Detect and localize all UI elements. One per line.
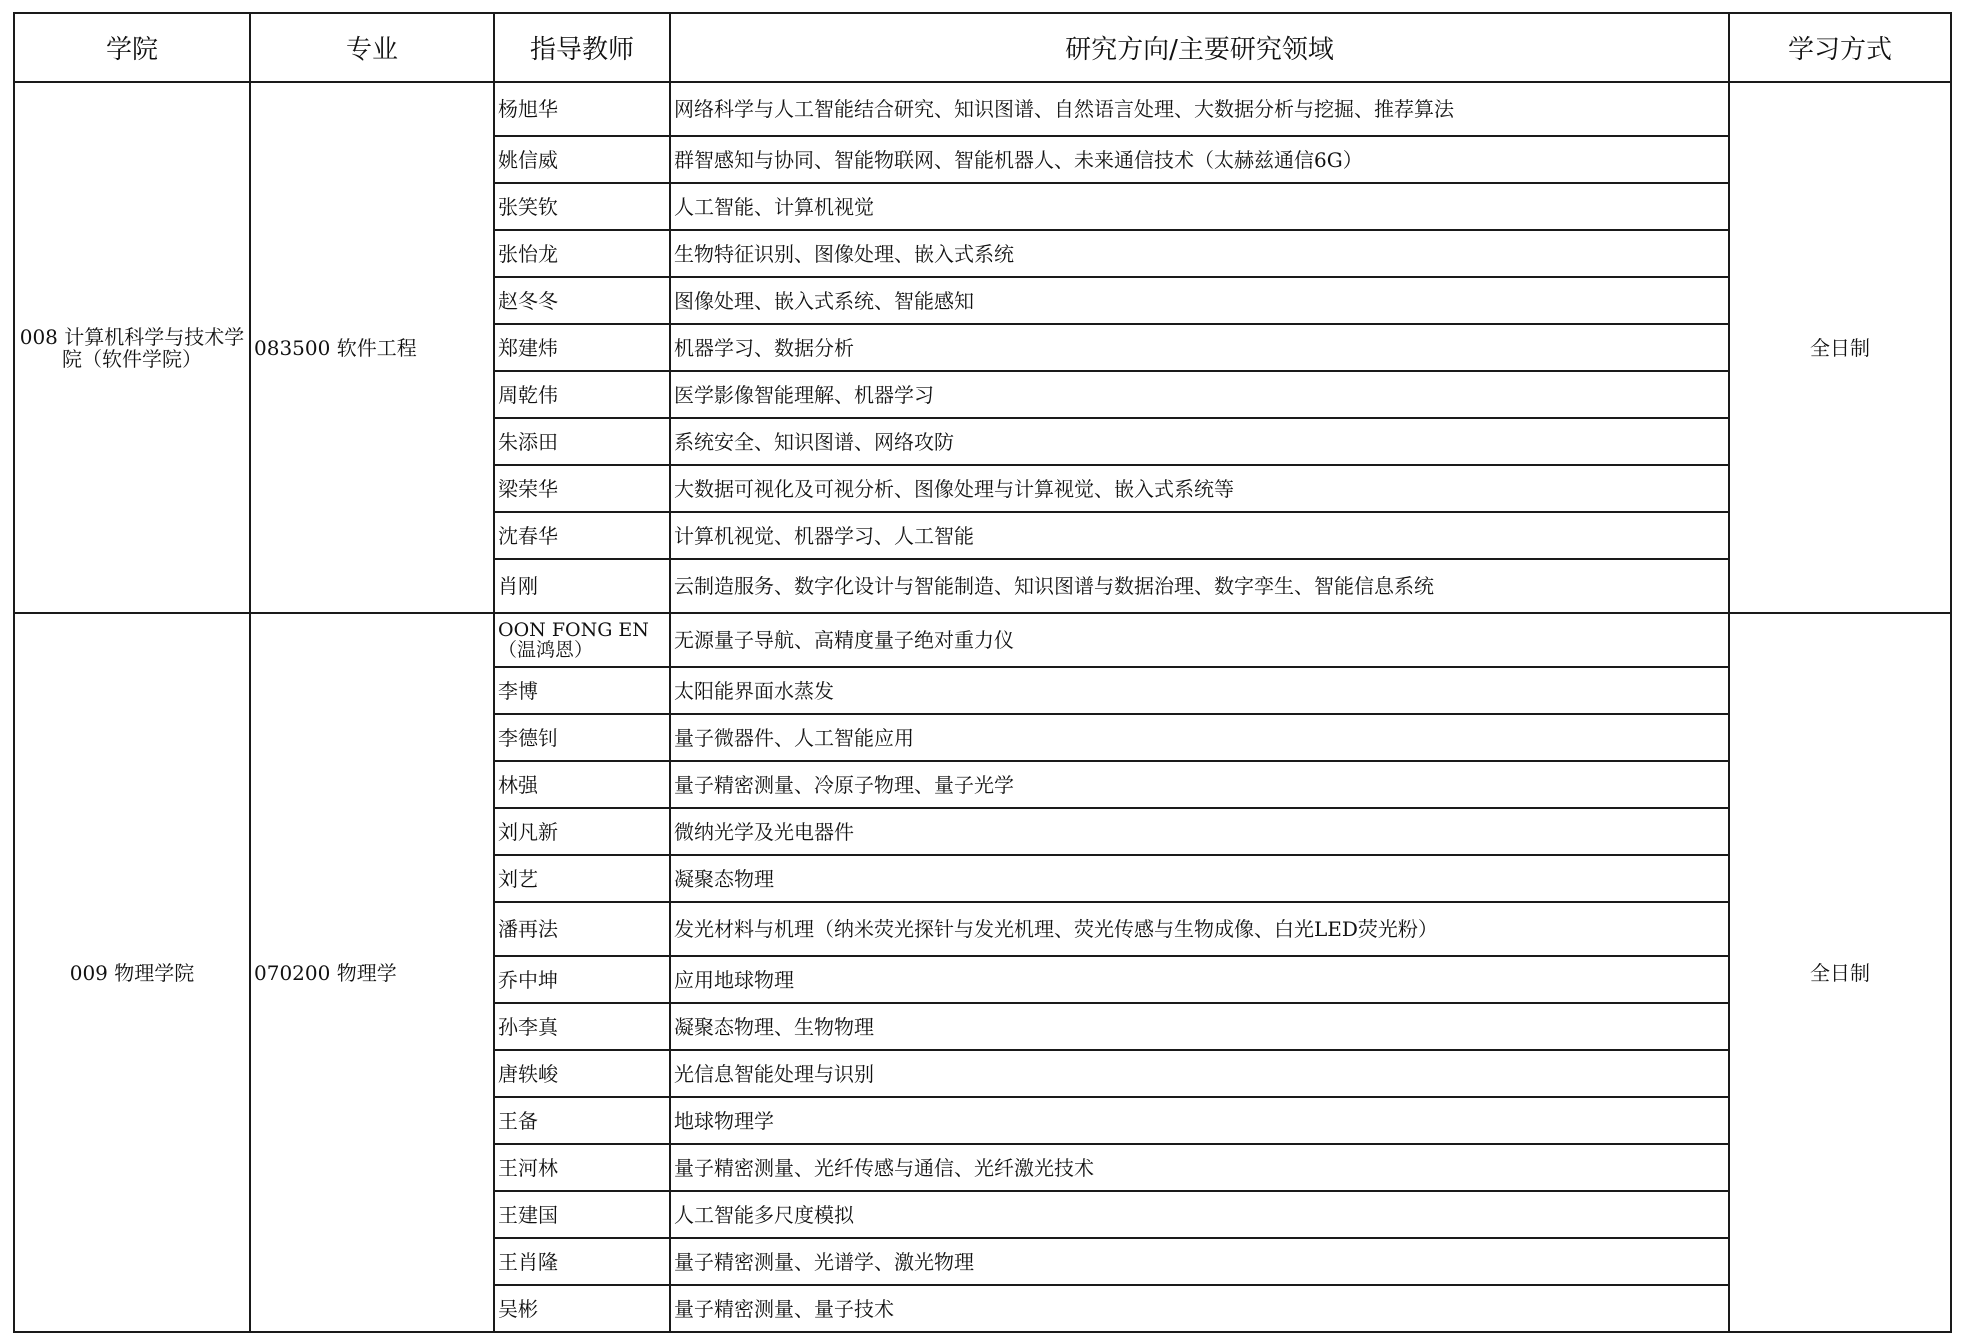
teacher-cell: 赵冬冬 <box>494 277 670 324</box>
research-cell: 人工智能、计算机视觉 <box>670 183 1729 230</box>
research-cell: 地球物理学 <box>670 1097 1729 1144</box>
teacher-cell: 郑建炜 <box>494 324 670 371</box>
header-major: 专业 <box>250 13 494 82</box>
teacher-cell: 刘艺 <box>494 855 670 902</box>
teacher-cell: 刘凡新 <box>494 808 670 855</box>
teacher-cell: 肖刚 <box>494 559 670 613</box>
research-cell: 量子精密测量、量子技术 <box>670 1285 1729 1332</box>
major-cell: 070200 物理学 <box>250 613 494 1332</box>
research-cell: 凝聚态物理 <box>670 855 1729 902</box>
header-college: 学院 <box>14 13 250 82</box>
college-cell: 009 物理学院 <box>14 613 250 1332</box>
advisor-table: 学院 专业 指导教师 研究方向/主要研究领域 学习方式 008 计算机科学与技术… <box>13 12 1952 1333</box>
teacher-cell: 王建国 <box>494 1191 670 1238</box>
header-advisor: 指导教师 <box>494 13 670 82</box>
teacher-cell: 吴彬 <box>494 1285 670 1332</box>
teacher-cell: 李博 <box>494 667 670 714</box>
teacher-cell: 张怡龙 <box>494 230 670 277</box>
research-cell: 光信息智能处理与识别 <box>670 1050 1729 1097</box>
research-cell: 量子微器件、人工智能应用 <box>670 714 1729 761</box>
research-cell: 发光材料与机理（纳米荧光探针与发光机理、荧光传感与生物成像、白光LED荧光粉） <box>670 902 1729 956</box>
study-mode-cell: 全日制 <box>1729 613 1951 1332</box>
research-cell: 医学影像智能理解、机器学习 <box>670 371 1729 418</box>
research-cell: 量子精密测量、光纤传感与通信、光纤激光技术 <box>670 1144 1729 1191</box>
college-cell: 008 计算机科学与技术学院（软件学院） <box>14 82 250 613</box>
study-mode-cell: 全日制 <box>1729 82 1951 613</box>
research-cell: 大数据可视化及可视分析、图像处理与计算视觉、嵌入式系统等 <box>670 465 1729 512</box>
header-row: 学院 专业 指导教师 研究方向/主要研究领域 学习方式 <box>14 13 1951 82</box>
teacher-cell: 潘再法 <box>494 902 670 956</box>
research-cell: 计算机视觉、机器学习、人工智能 <box>670 512 1729 559</box>
teacher-cell: 梁荣华 <box>494 465 670 512</box>
teacher-cell: 杨旭华 <box>494 82 670 136</box>
header-study-mode: 学习方式 <box>1729 13 1951 82</box>
research-cell: 系统安全、知识图谱、网络攻防 <box>670 418 1729 465</box>
table-row: 009 物理学院 070200 物理学 OON FONG EN（温鸿恩） 无源量… <box>14 613 1951 667</box>
research-cell: 量子精密测量、冷原子物理、量子光学 <box>670 761 1729 808</box>
teacher-cell: 王备 <box>494 1097 670 1144</box>
teacher-cell: 王肖隆 <box>494 1238 670 1285</box>
research-cell: 人工智能多尺度模拟 <box>670 1191 1729 1238</box>
table-row: 008 计算机科学与技术学院（软件学院） 083500 软件工程 杨旭华 网络科… <box>14 82 1951 136</box>
research-cell: 云制造服务、数字化设计与智能制造、知识图谱与数据治理、数字孪生、智能信息系统 <box>670 559 1729 613</box>
teacher-cell: 姚信威 <box>494 136 670 183</box>
teacher-cell: 林强 <box>494 761 670 808</box>
teacher-cell: 孙李真 <box>494 1003 670 1050</box>
research-cell: 应用地球物理 <box>670 956 1729 1003</box>
teacher-cell: 沈春华 <box>494 512 670 559</box>
teacher-cell: OON FONG EN（温鸿恩） <box>494 613 670 667</box>
research-cell: 量子精密测量、光谱学、激光物理 <box>670 1238 1729 1285</box>
teacher-cell: 李德钊 <box>494 714 670 761</box>
research-cell: 图像处理、嵌入式系统、智能感知 <box>670 277 1729 324</box>
teacher-cell: 张笑钦 <box>494 183 670 230</box>
teacher-cell: 唐轶峻 <box>494 1050 670 1097</box>
research-cell: 群智感知与协同、智能物联网、智能机器人、未来通信技术（太赫兹通信6G） <box>670 136 1729 183</box>
research-cell: 凝聚态物理、生物物理 <box>670 1003 1729 1050</box>
research-cell: 太阳能界面水蒸发 <box>670 667 1729 714</box>
research-cell: 网络科学与人工智能结合研究、知识图谱、自然语言处理、大数据分析与挖掘、推荐算法 <box>670 82 1729 136</box>
teacher-cell: 朱添田 <box>494 418 670 465</box>
research-cell: 生物特征识别、图像处理、嵌入式系统 <box>670 230 1729 277</box>
teacher-cell: 王河林 <box>494 1144 670 1191</box>
research-cell: 无源量子导航、高精度量子绝对重力仪 <box>670 613 1729 667</box>
research-cell: 微纳光学及光电器件 <box>670 808 1729 855</box>
teacher-cell: 周乾伟 <box>494 371 670 418</box>
major-cell: 083500 软件工程 <box>250 82 494 613</box>
teacher-cell: 乔中坤 <box>494 956 670 1003</box>
header-research: 研究方向/主要研究领域 <box>670 13 1729 82</box>
research-cell: 机器学习、数据分析 <box>670 324 1729 371</box>
